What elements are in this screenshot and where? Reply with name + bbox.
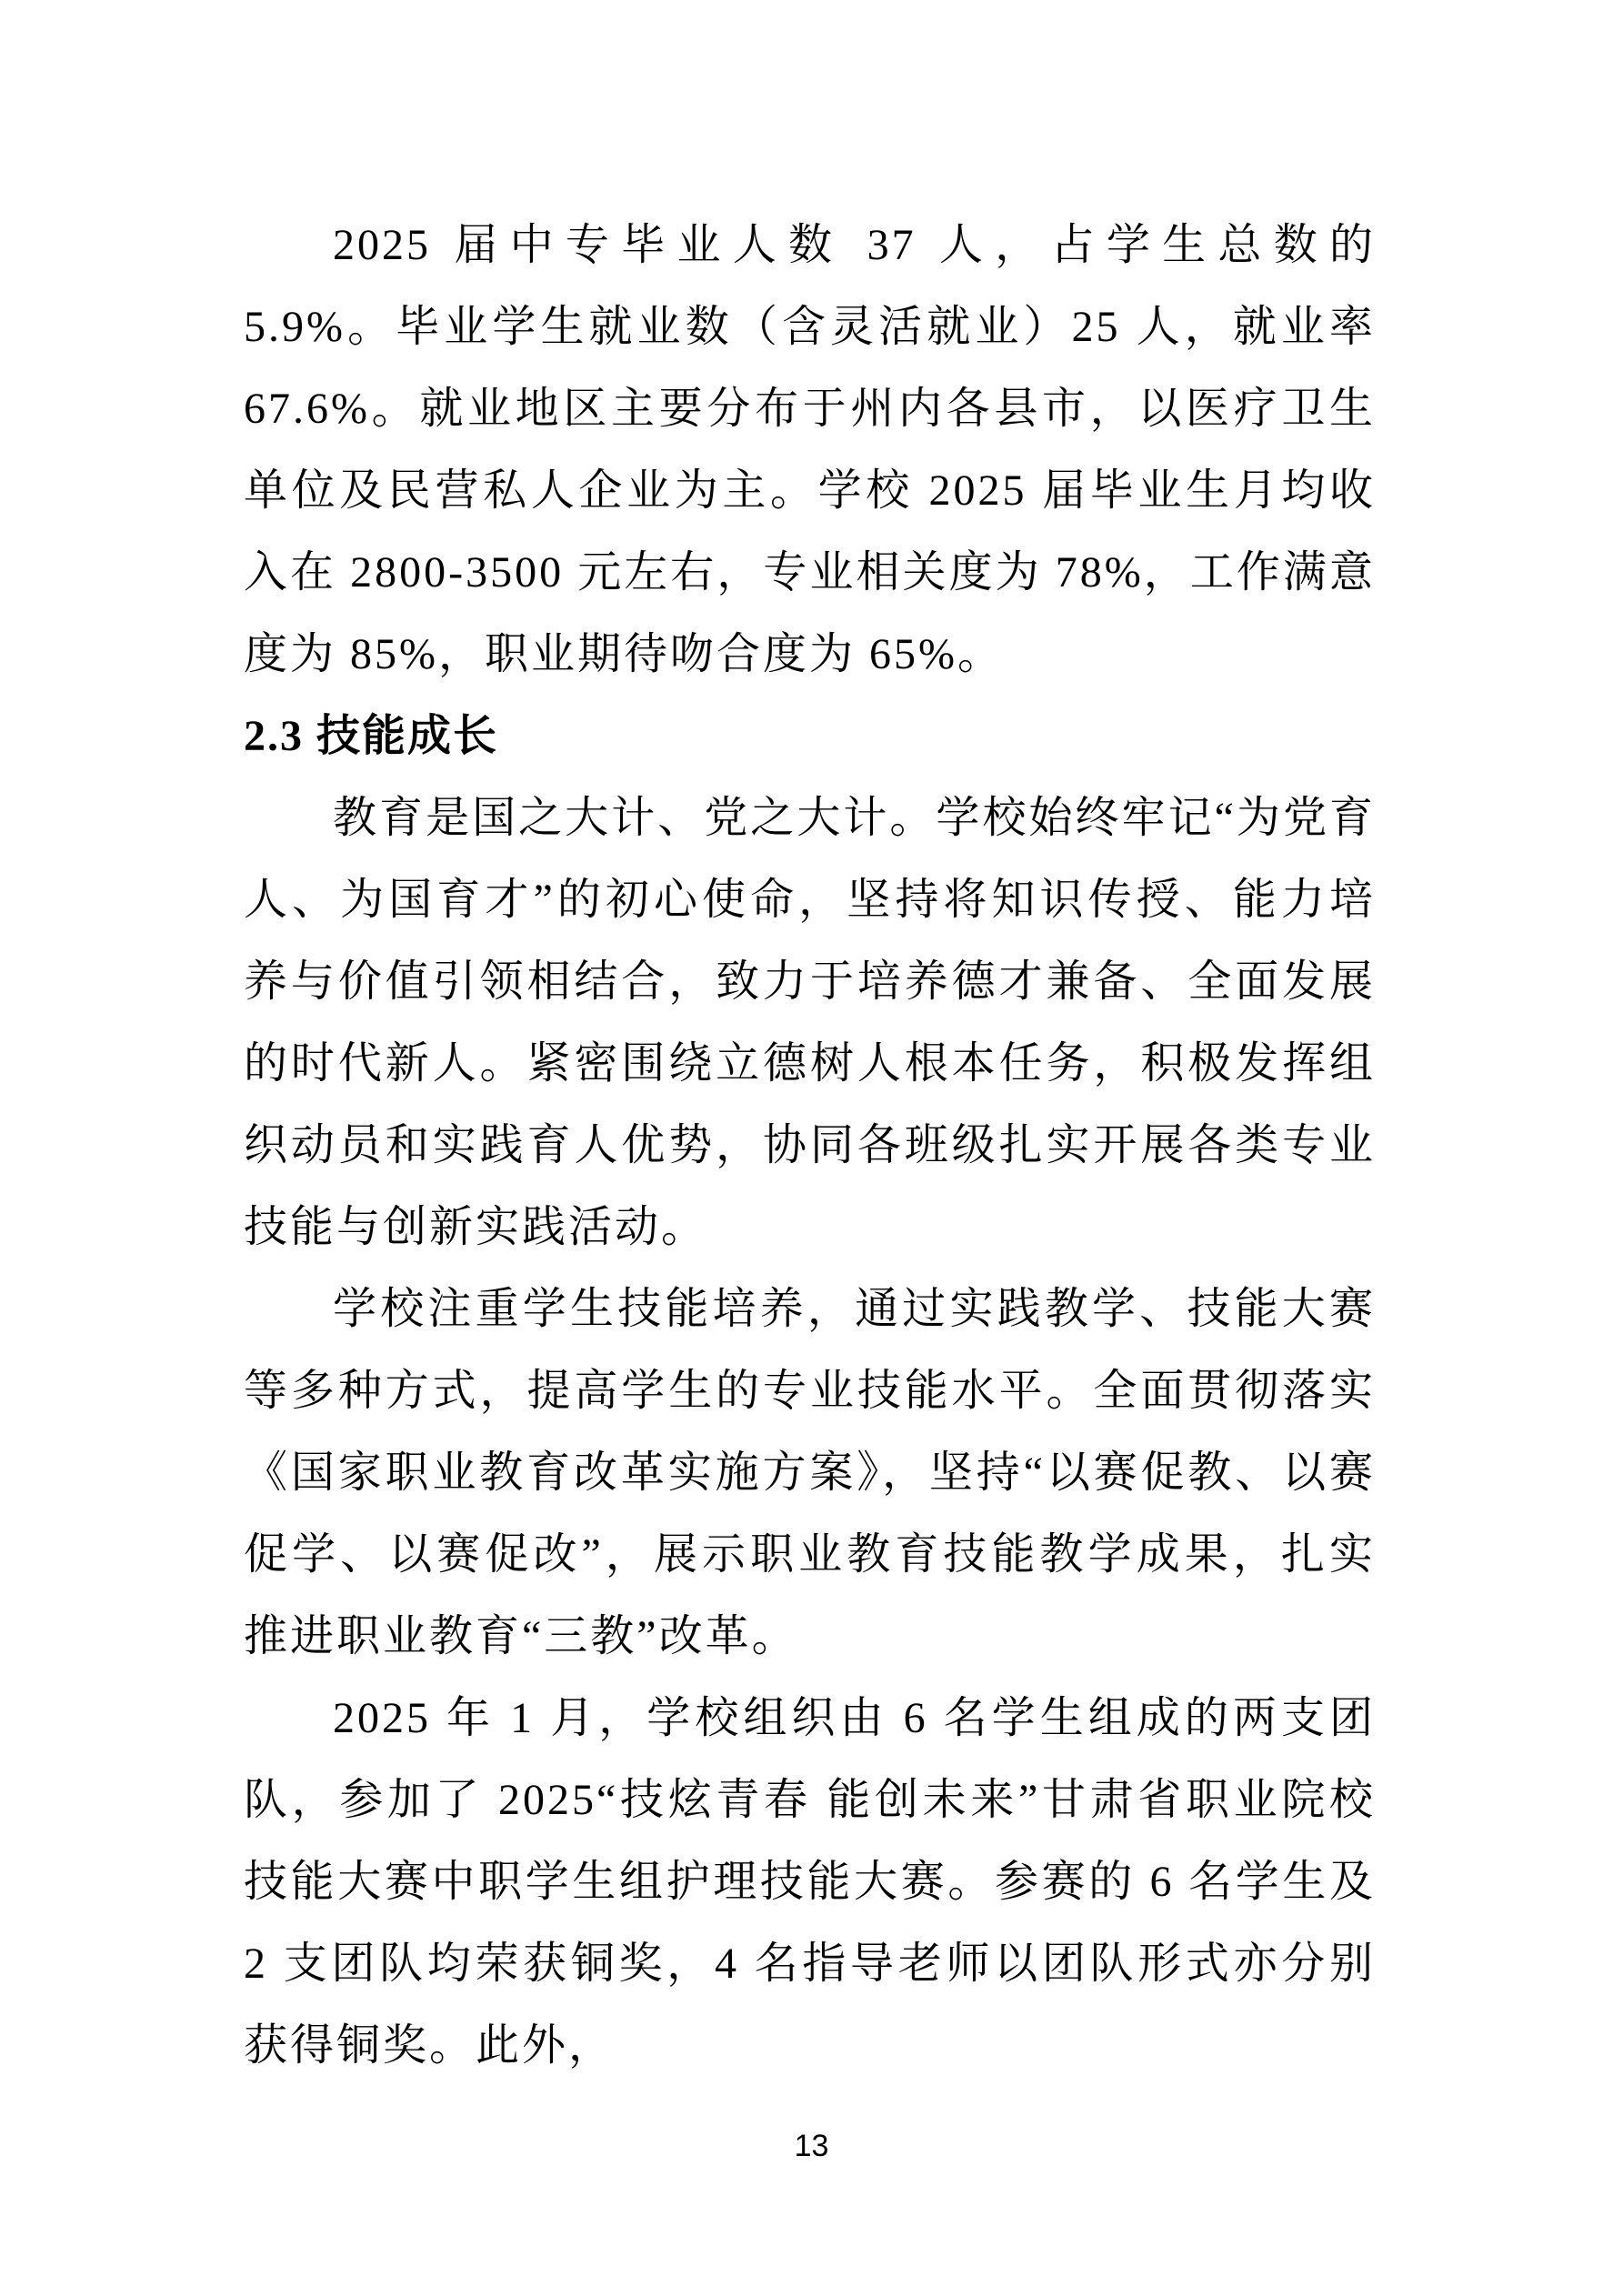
page-content: 2025 届中专毕业人数 37 人，占学生总数的 5.9%。毕业学生就业数（含灵… [244,205,1376,2087]
paragraph-education-mission: 教育是国之大计、党之大计。学校始终牢记“为党育人、为国育才”的初心使命，坚持将知… [244,777,1376,1268]
paragraph-skills-training: 学校注重学生技能培养，通过实践教学、技能大赛等多种方式，提高学生的专业技能水平。… [244,1268,1376,1678]
paragraph-competition-awards: 2025 年 1 月，学校组织由 6 名学生组成的两支团队，参加了 2025“技… [244,1678,1376,2087]
paragraph-employment-stats: 2025 届中专毕业人数 37 人，占学生总数的 5.9%。毕业学生就业数（含灵… [244,205,1376,696]
page-number: 13 [795,2129,829,2163]
page-footer: 13 [0,2128,1623,2164]
section-heading-2-3: 2.3 技能成长 [244,696,1376,777]
document-page: 2025 届中专毕业人数 37 人，占学生总数的 5.9%。毕业学生就业数（含灵… [0,0,1623,2296]
